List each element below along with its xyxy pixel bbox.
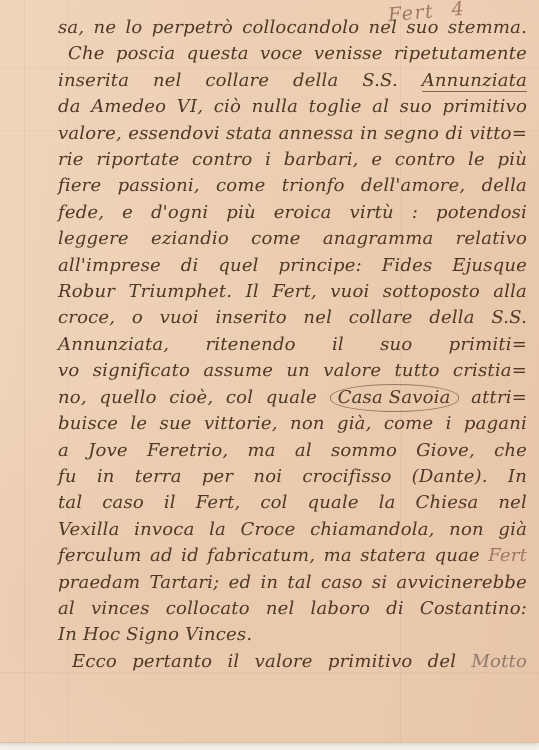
manuscript-line: sa, ne lo perpetrò collocandolo nel suo … [58, 15, 527, 41]
underlined-word: Annunziata [422, 70, 527, 92]
pencil-word: Fert [488, 545, 527, 566]
manuscript-line: ferculum ad id fabricatum, ma statera qu… [58, 543, 527, 569]
manuscript-line: tal caso il Fert, col quale la Chiesa ne… [58, 490, 527, 516]
circled-words: Casa Savoia [330, 384, 459, 412]
manuscript-line: Che poscia questa voce venisse ripetutam… [58, 41, 527, 67]
manuscript-line: al vinces collocato nel laboro di Costan… [58, 596, 527, 622]
manuscript-line: Annunziata, ritenendo il suo primiti= [58, 332, 527, 358]
manuscript-line: Robur Triumphet. Il Fert, vuoi sottopost… [58, 279, 527, 305]
manuscript-line: buisce le sue vittorie, non già, come i … [58, 411, 527, 437]
manuscript-line: fede, e d'ogni più eroica virtù : potend… [58, 200, 527, 226]
manuscript-line: fu in terra per noi crocifisso (Dante). … [58, 464, 527, 490]
manuscript-line: Ecco pertanto il valore primitivo del Mo… [58, 649, 527, 675]
manuscript-line: vo significato assume un valore tutto cr… [58, 358, 527, 384]
line-text: no, quello cioè, col quale [58, 387, 330, 408]
manuscript-line: praedam Tartari; ed in tal caso si avvic… [58, 570, 527, 596]
line-text: Ecco pertanto il valore primitivo del [72, 651, 471, 672]
manuscript-line: all'imprese di quel principe: Fides Ejus… [58, 253, 527, 279]
manuscript-line: In Hoc Signo Vinces. [58, 622, 527, 648]
scanned-document: Fert 4 sa, ne lo perpetrò collocandolo n… [0, 0, 539, 750]
manuscript-line: rie riportate contro i barbari, e contro… [58, 147, 527, 173]
line-text: ferculum ad id fabricatum, ma statera qu… [58, 545, 488, 566]
line-text: attri= [459, 387, 527, 408]
manuscript-line: Vexilla invoca la Croce chiamandola, non… [58, 517, 527, 543]
manuscript-line: fiere passioni, come trionfo dell'amore,… [58, 173, 527, 199]
manuscript-line: croce, o vuoi inserito nel collare della… [58, 305, 527, 331]
pencil-word: Motto [471, 651, 527, 672]
manuscript-text: sa, ne lo perpetrò collocandolo nel suo … [0, 15, 539, 675]
manuscript-line: valore, essendovi stata annessa in segno… [58, 121, 527, 147]
line-text: inserita nel collare della S.S. [58, 70, 422, 91]
manuscript-line: a Jove Feretrio, ma al sommo Giove, che [58, 438, 527, 464]
manuscript-line: no, quello cioè, col quale Casa Savoia a… [58, 385, 527, 411]
manuscript-line: da Amedeo VI, ciò nulla toglie al suo pr… [58, 94, 527, 120]
manuscript-line: inserita nel collare della S.S. Annunzia… [58, 68, 527, 94]
manuscript-line: leggere eziandio come anagramma relativo [58, 226, 527, 252]
